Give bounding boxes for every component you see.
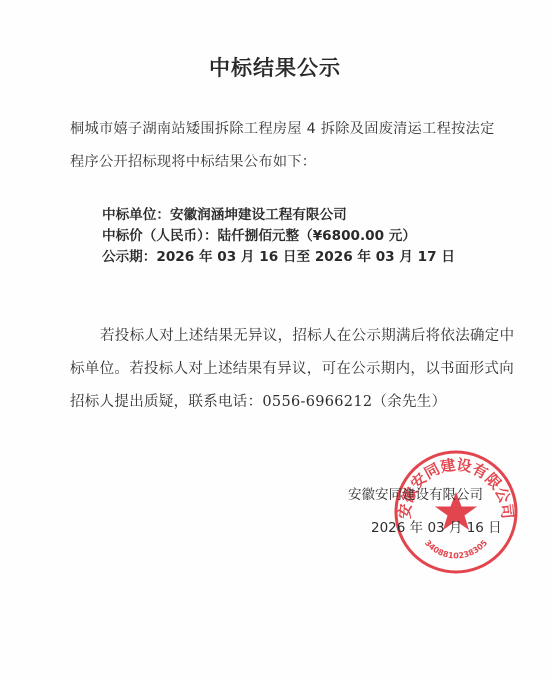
signature-company: 安徽安同建设有限公司 [348, 483, 483, 503]
notice-line: 招标人提出质疑，联系电话：0556-6966212（余先生） [70, 386, 490, 419]
notice-line: 标单位。若投标人对上述结果有异议，可在公示期内，以书面形式向 [70, 353, 490, 386]
winning-price: 中标价（人民币）：陆仟捌佰元整（¥6800.00 元） [102, 226, 455, 247]
intro-line: 桐城市嬉子湖南站矮围拆除工程房屋 4 拆除及固废清运工程按法定 [70, 113, 490, 146]
award-details: 中标单位：安徽润涵坤建设工程有限公司 中标价（人民币）：陆仟捌佰元整（¥6800… [102, 205, 455, 268]
seal-number: 3408810238305 [423, 538, 490, 560]
document-page: 中标结果公示 桐城市嬉子湖南站矮围拆除工程房屋 4 拆除及固废清运工程按法定 程… [0, 0, 550, 680]
objection-notice: 若投标人对上述结果无异议，招标人在公示期满后将依法确定中 标单位。若投标人对上述… [70, 320, 490, 419]
company-seal: 安徽安同建设有限公司 3408810238305 [393, 449, 519, 575]
winning-bidder: 中标单位：安徽润涵坤建设工程有限公司 [102, 205, 455, 226]
page-title: 中标结果公示 [0, 52, 550, 82]
signature-date: 2026 年 03 月 16 日 [371, 516, 502, 536]
publicity-period: 公示期：2026 年 03 月 16 日至 2026 年 03 月 17 日 [102, 247, 455, 268]
notice-line: 若投标人对上述结果无异议，招标人在公示期满后将依法确定中 [70, 320, 490, 353]
intro-paragraph: 桐城市嬉子湖南站矮围拆除工程房屋 4 拆除及固废清运工程按法定 程序公开招标现将… [70, 113, 490, 179]
intro-line: 程序公开招标现将中标结果公布如下： [70, 146, 490, 179]
